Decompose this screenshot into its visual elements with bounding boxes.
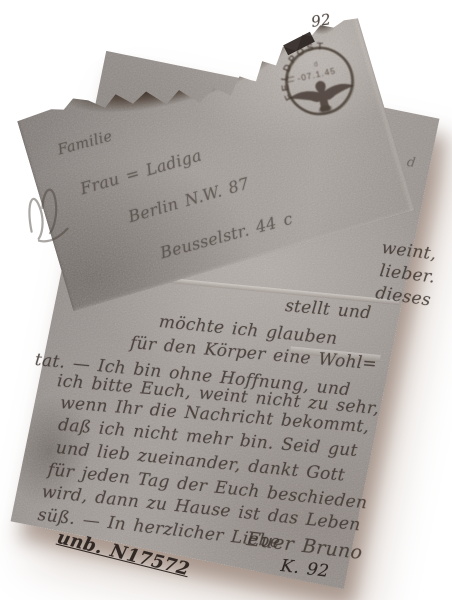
- fold-crease: [290, 346, 380, 362]
- photograph-feldpost-letter-and-envelope: d weint, lieber. dieses stellt und möcht…: [0, 0, 452, 600]
